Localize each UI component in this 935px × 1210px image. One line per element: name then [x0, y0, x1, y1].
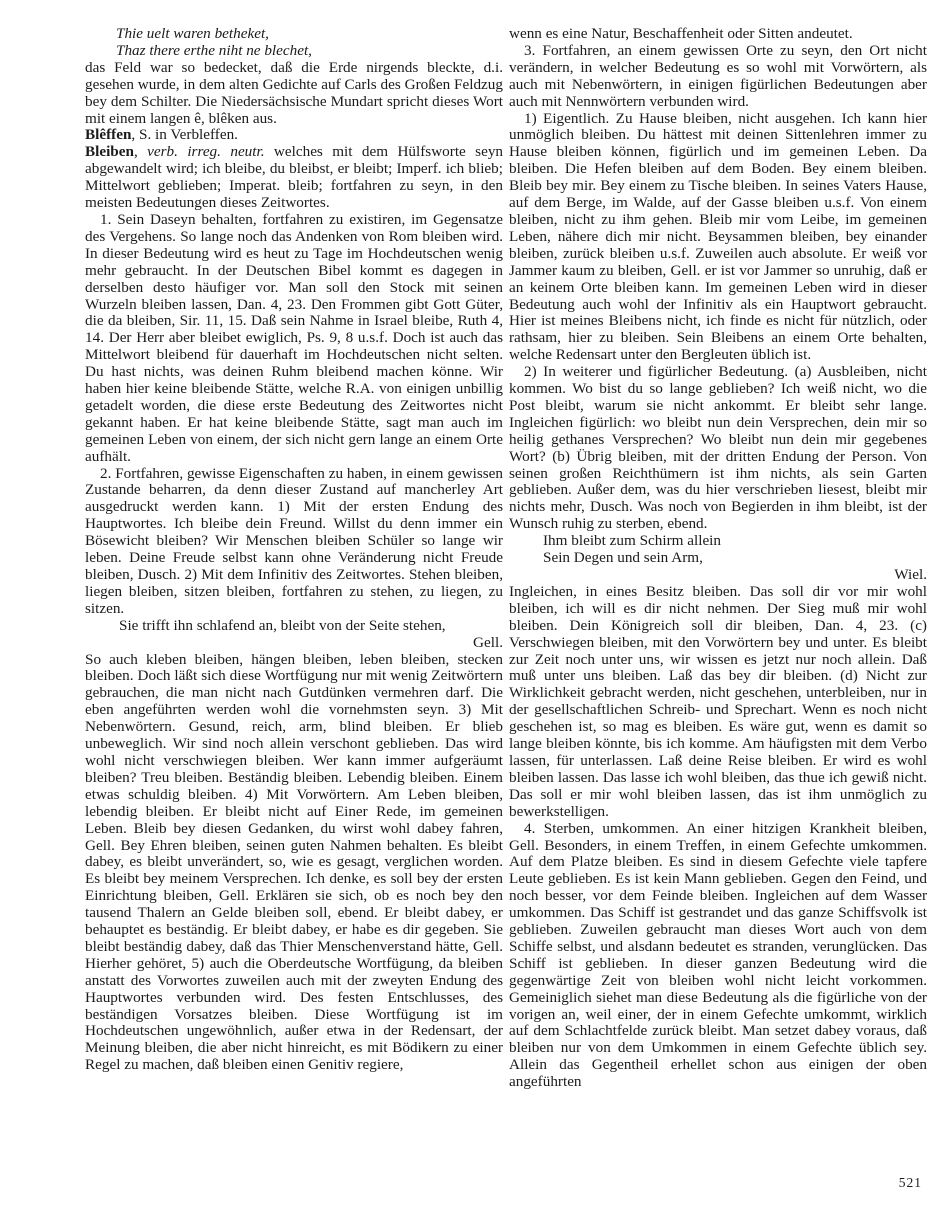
headword-bleiben: Bleiben [85, 143, 134, 160]
old-german-verse-line-1: Thie uelt waren betheket, [116, 26, 503, 43]
page-number: 521 [899, 1175, 922, 1191]
paragraph-bleken-explanation: das Feld war so bedecket, daß die Erde n… [85, 60, 503, 128]
old-german-verse-line-2: Thaz there erthe niht ne blechet, [116, 43, 503, 60]
right-column: wenn es eine Natur, Beschaffenheit oder … [509, 26, 927, 1091]
entry-bleffen: Blêffen, S. in Verbleffen. [85, 127, 503, 144]
paragraph-so-auch: So auch kleben bleiben, hängen bleiben, … [85, 652, 503, 1075]
paragraph-eigentlich: 1) Eigentlich. Zu Hause bleiben, nicht a… [509, 111, 927, 365]
paragraph-sense-4: 4. Sterben, umkommen. An einer hitzigen … [509, 821, 927, 1092]
paragraph-figuerliche-bedeutung: 2) In weiterer und figürlicher Bedeutung… [509, 364, 927, 533]
paragraph-continuation: wenn es eine Natur, Beschaffenheit oder … [509, 26, 927, 43]
paragraph-sense-3: 3. Fortfahren, an einem gewissen Orte zu… [509, 43, 927, 111]
quotation-wieland-line-1: Ihm bleibt zum Schirm allein [543, 533, 927, 550]
left-column: Thie uelt waren betheket, Thaz there ert… [85, 26, 503, 1091]
entry-bleiben-separator: , [134, 143, 147, 160]
grammar-label: verb. irreg. neutr. [147, 143, 264, 160]
entry-bleiben: Bleiben, verb. irreg. neutr. welches mit… [85, 144, 503, 212]
quotation-attribution-wieland: Wiel. [509, 567, 927, 584]
paragraph-sense-1: 1. Sein Daseyn behalten, fortfahren zu e… [85, 212, 503, 466]
dictionary-page: Thie uelt waren betheket, Thaz there ert… [0, 0, 935, 1210]
quotation-wieland-line-2: Sein Degen und sein Arm, [543, 550, 927, 567]
quotation-attribution-gellert: Gell. [85, 635, 503, 652]
headword-bleffen: Blêffen [85, 126, 131, 143]
quotation-gellert: Sie trifft ihn schlafend an, bleibt von … [119, 618, 503, 635]
two-column-text: Thie uelt waren betheket, Thaz there ert… [85, 26, 926, 1091]
paragraph-ingleichen: Ingleichen, in eines Besitz bleiben. Das… [509, 584, 927, 821]
entry-bleffen-text: , S. in Verbleffen. [131, 126, 238, 143]
paragraph-sense-2: 2. Fortfahren, gewisse Eigenschaften zu … [85, 466, 503, 618]
